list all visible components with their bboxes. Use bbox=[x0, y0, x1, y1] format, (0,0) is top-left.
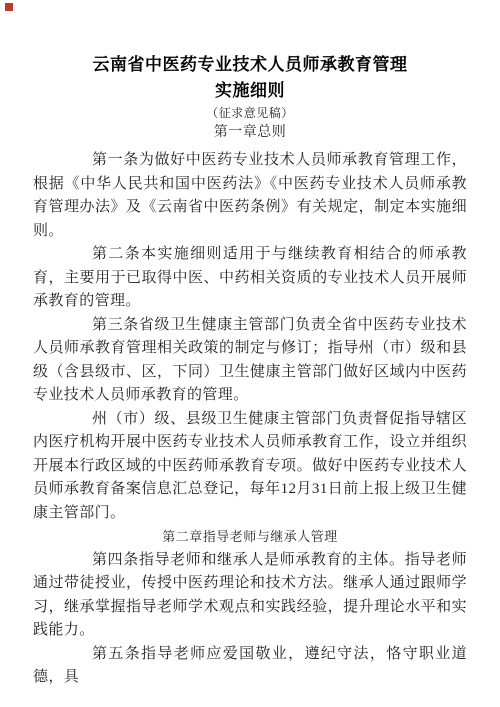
article-5-paragraph: 第五条指导老师应爱国敬业，遵纪守法，恪守职业道德，具 bbox=[33, 643, 467, 690]
article-1-paragraph: 第一条为做好中医药专业技术人员师承教育管理工作，根据《中华人民共和国中医药法》《… bbox=[33, 149, 467, 243]
document-title-line1: 云南省中医药专业技术人员师承教育管理 bbox=[33, 52, 467, 78]
article-3-continuation-paragraph: 州（市）级、县级卫生健康主管部门负责督促指导辖区内医疗机构开展中医药专业技术人员… bbox=[33, 408, 467, 526]
article-3-paragraph: 第三条省级卫生健康主管部门负责全省中医药专业技术人员师承教育管理相关政策的制定与… bbox=[33, 314, 467, 408]
article-4-paragraph: 第四条指导老师和继承人是师承教育的主体。指导老师通过带徒授业，传授中医药理论和技… bbox=[33, 549, 467, 643]
document-body: 云南省中医药专业技术人员师承教育管理 实施细则 （征求意见稿） 第一章总则 第一… bbox=[33, 0, 467, 690]
chapter-1-heading: 第一章总则 bbox=[33, 122, 467, 143]
chapter-2-heading: 第二章指导老师与继承人管理 bbox=[33, 525, 467, 549]
document-page: 云南省中医药专业技术人员师承教育管理 实施细则 （征求意见稿） 第一章总则 第一… bbox=[0, 0, 500, 707]
document-subtitle: （征求意见稿） bbox=[33, 104, 467, 122]
article-2-paragraph: 第二条本实施细则适用于与继续教育相结合的师承教育，主要用于已取得中医、中药相关资… bbox=[33, 243, 467, 314]
document-text-block: 第一条为做好中医药专业技术人员师承教育管理工作，根据《中华人民共和国中医药法》《… bbox=[33, 149, 467, 690]
document-title: 云南省中医药专业技术人员师承教育管理 实施细则 bbox=[33, 52, 467, 104]
document-title-line2: 实施细则 bbox=[33, 78, 467, 104]
red-marker bbox=[5, 3, 13, 11]
